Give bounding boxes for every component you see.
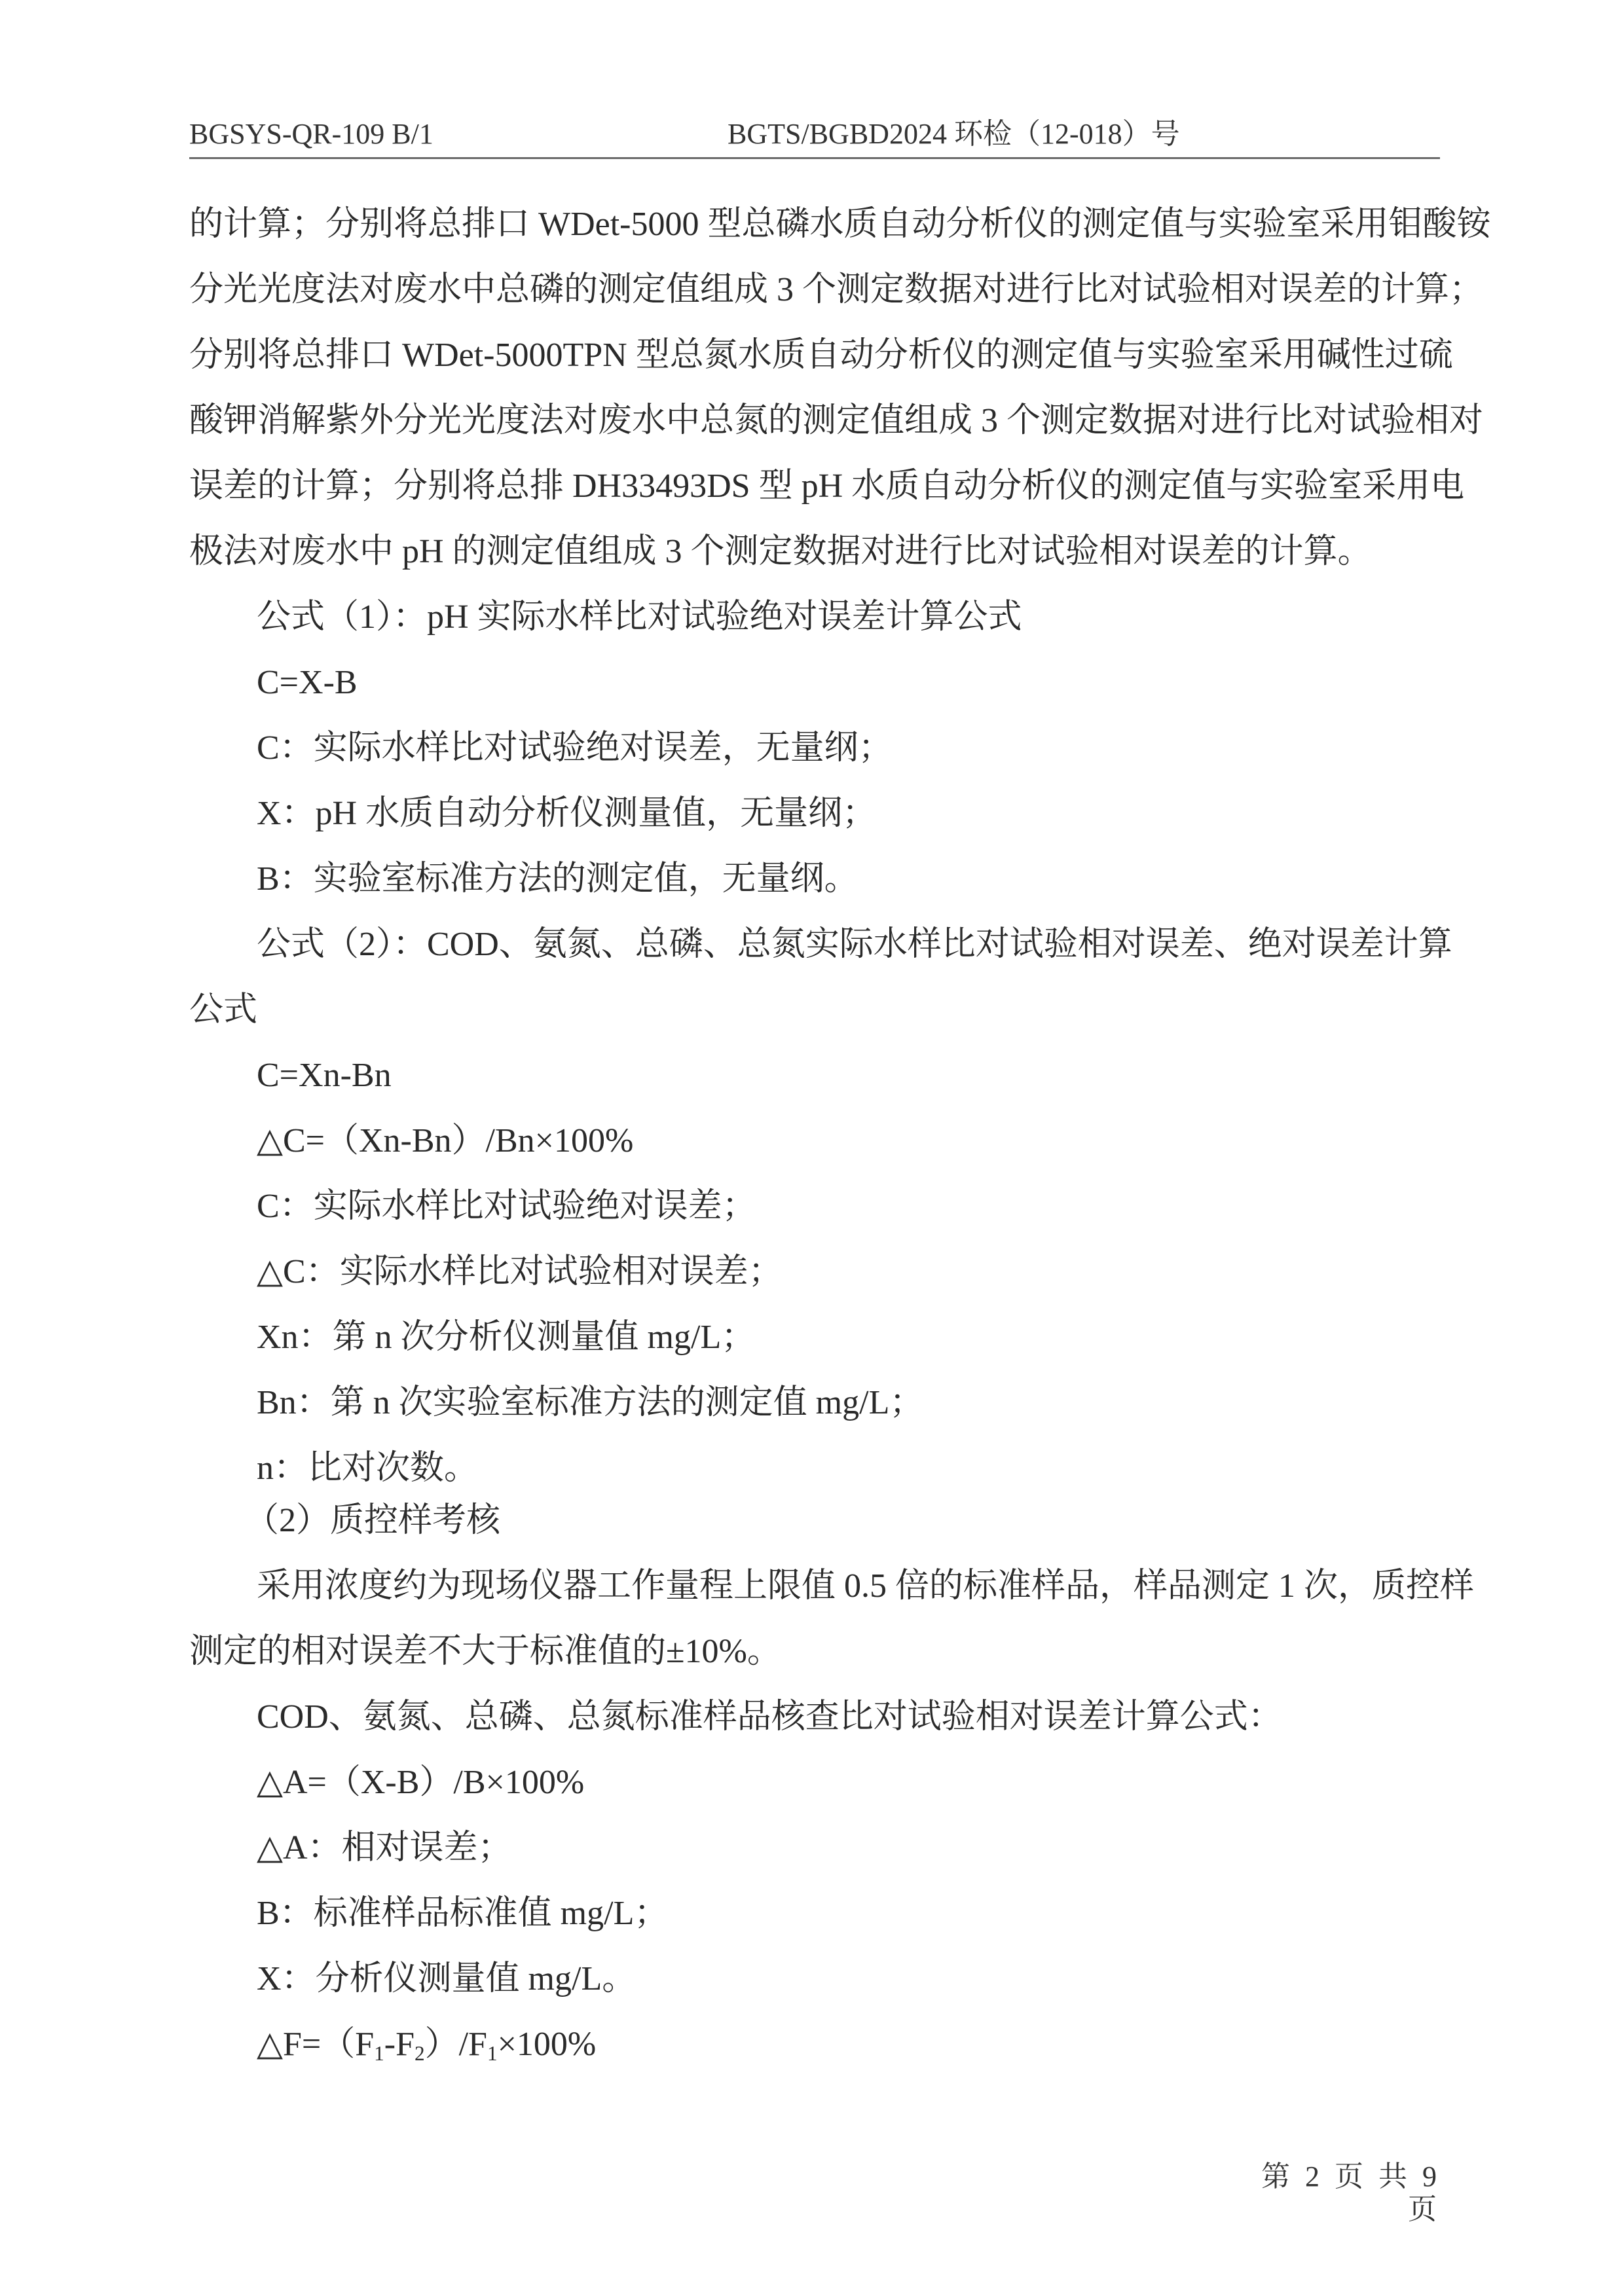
paragraph-line: 分别将总排口 WDet-5000TPN 型总氮水质自动分析仪的测定值与实验室采用… [189,336,1440,375]
formula1-def: B：实验室标准方法的测定值，无量纲。 [257,860,858,899]
qc-def: B：标准样品标准值 mg/L； [257,1894,668,1933]
eq-part: ）/F [425,2026,487,2063]
formula2-title-cont: 公式 [189,991,257,1030]
paragraph-line: 极法对废水中 pH 的测定值组成 3 个测定数据对进行比对试验相对误差的计算。 [189,532,1372,572]
paragraph-line: 分光光度法对废水中总磷的测定值组成 3 个测定数据对进行比对试验相对误差的计算； [189,270,1440,310]
paragraph-line: 的计算；分别将总排口 WDet-5000 型总磷水质自动分析仪的测定值与实验室采… [189,205,1440,244]
paragraph-line: 误差的计算；分别将总排 DH33493DS 型 pH 水质自动分析仪的测定值与实… [189,467,1440,506]
qc-equation: △A=（X-B）/B×100% [257,1763,584,1802]
formula2-def: n：比对次数。 [257,1449,478,1488]
formula1-def: X：pH 水质自动分析仪测量值，无量纲； [257,794,876,833]
formula2-def: Bn：第 n 次实验室标准方法的测定值 mg/L； [257,1383,923,1423]
formula2-equation: △C=（Xn-Bn）/Bn×100% [257,1121,633,1161]
formula2-def: C：实际水样比对试验绝对误差； [257,1187,756,1226]
formula2-def: △C：实际水样比对试验相对误差； [257,1252,783,1292]
form-code: BGSYS-QR-109 B/1 [189,118,434,151]
header-divider [189,157,1440,159]
formula2-equation: C=Xn-Bn [257,1056,392,1095]
report-number: BGTS/BGBD2024 环检（12-018）号 [728,118,1180,151]
qc-def: △A：相对误差； [257,1829,512,1868]
formula2-def: Xn：第 n 次分析仪测量值 mg/L； [257,1318,755,1357]
paragraph-line: 酸钾消解紫外分光光度法对废水中总氮的测定值组成 3 个测定数据对进行比对试验相对 [189,401,1440,441]
eq-part: ×100% [498,2026,597,2063]
qc-formula-title: COD、氨氮、总磷、总氮标准样品核查比对试验相对误差计算公式： [257,1698,1282,1737]
eq-subscript: 1 [374,2042,384,2065]
page-header: BGSYS-QR-109 B/1 BGTS/BGBD2024 环检（12-018… [189,118,1440,151]
eq-subscript: 1 [487,2042,498,2065]
formula1-def: C：实际水样比对试验绝对误差，无量纲； [257,729,893,768]
section-heading: （2）质控样考核 [245,1501,500,1540]
eq-part: △F=（F [257,2026,374,2063]
qc-def: X：分析仪测量值 mg/L。 [257,1959,636,1999]
eq-part: -F [384,2026,415,2063]
formula2-title: 公式（2）：COD、氨氮、总磷、总氮实际水样比对试验相对误差、绝对误差计算 [257,925,1440,964]
qc-paragraph-line: 测定的相对误差不大于标准值的±10%。 [189,1632,781,1671]
formula1-equation: C=X-B [257,663,358,702]
qc-paragraph-line: 采用浓度约为现场仪器工作量程上限值 0.5 倍的标准样品，样品测定 1 次，质控… [257,1567,1440,1606]
qc-equation-f: △F=（F1-F2）/F1×100% [257,2025,596,2064]
eq-subscript: 2 [415,2042,425,2065]
formula1-title: 公式（1）：pH 实际水样比对试验绝对误差计算公式 [257,598,1022,637]
page-number: 第 2 页 共 9 页 [1244,2160,1441,2226]
